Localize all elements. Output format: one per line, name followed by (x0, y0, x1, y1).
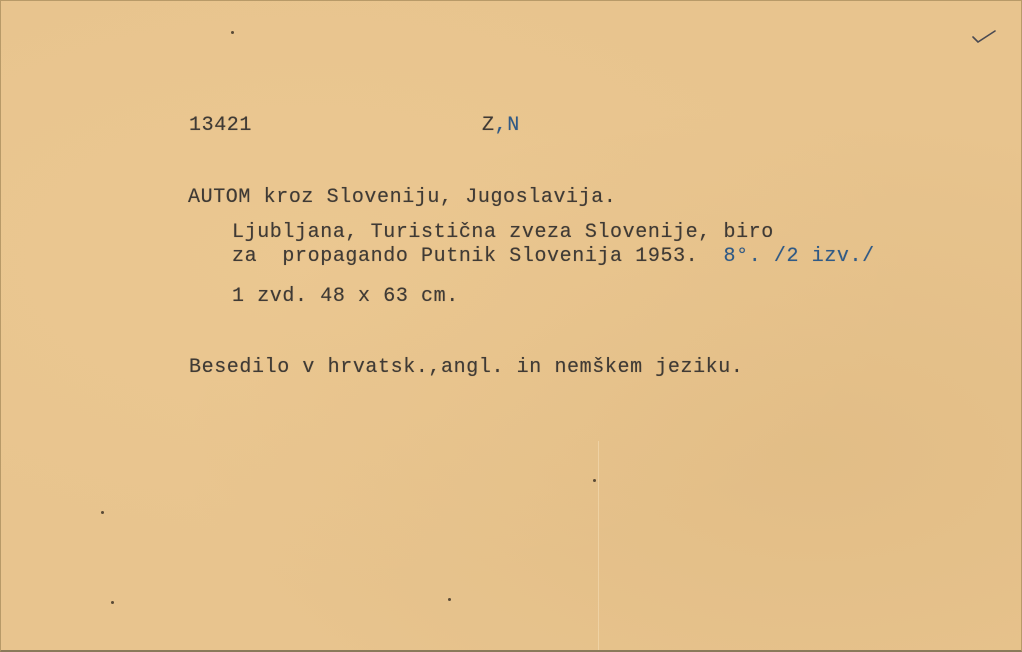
imprint-line-1: Ljubljana, Turistična zveza Slovenije, b… (232, 222, 774, 244)
paper-speck (111, 601, 114, 604)
mark-z: Z (482, 114, 495, 137)
check-mark-icon (971, 29, 997, 43)
classification-marks: Z,N (482, 115, 520, 137)
imprint-line-2: za propagando Putnik Slovenija 1953. 8°.… (232, 246, 875, 268)
catalog-number: 13421 (189, 115, 252, 137)
mark-n: N (507, 114, 520, 137)
paper-fold-line (598, 441, 599, 650)
paper-speck (101, 511, 104, 514)
paper-speck (448, 598, 451, 601)
extent-line: 1 zvd. 48 x 63 cm. (232, 286, 459, 308)
paper-speck (593, 479, 596, 482)
catalog-card: 13421 Z,N AUTOM kroz Sloveniju, Jugoslav… (0, 0, 1022, 651)
mark-comma: , (495, 114, 508, 137)
note-line: Besedilo v hrvatsk.,angl. in nemškem jez… (189, 357, 744, 379)
title-line: AUTOM kroz Sloveniju, Jugoslavija. (188, 187, 616, 209)
paper-speck (231, 31, 234, 34)
imprint-typed: za propagando Putnik Slovenija 1953. (232, 245, 698, 268)
format-handwritten: 8°. /2 izv./ (724, 245, 875, 268)
